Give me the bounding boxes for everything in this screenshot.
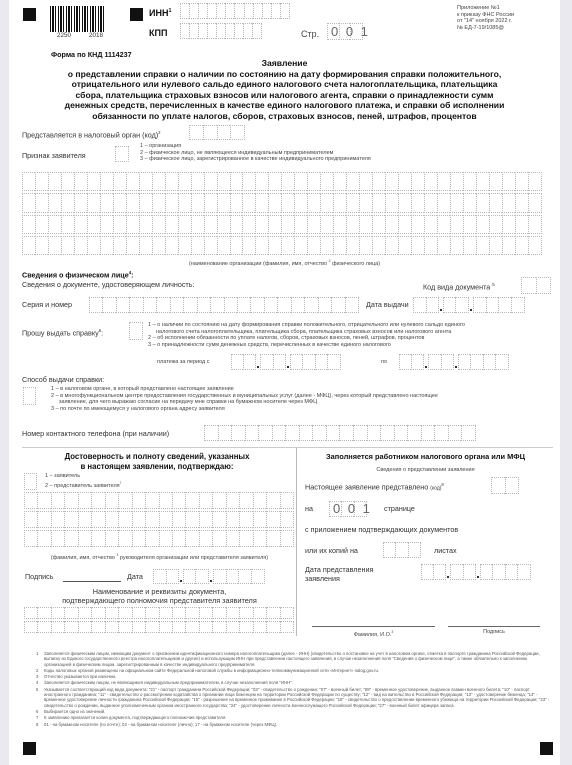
certificate-options: 1 – о наличии по состоянию на дату форми… bbox=[148, 322, 465, 348]
applicant-type-options: 1 – организация 2 – физическое лицо, не … bbox=[140, 143, 371, 163]
issue-date-label: Дата выдачи bbox=[366, 301, 409, 310]
applicant-name-grid[interactable] bbox=[22, 172, 542, 257]
signer-type-field[interactable] bbox=[24, 473, 37, 490]
signer-name-caption: (фамилия, имя, отчество 3 руководителя о… bbox=[22, 552, 297, 561]
barcode-number-right: 2018 bbox=[89, 32, 103, 39]
sheets-label: листах bbox=[434, 547, 457, 556]
corner-marker-top-mid bbox=[130, 8, 143, 21]
footnotes: 1Заполняется физическим лицом, имеющим д… bbox=[36, 651, 551, 728]
office-fio-line[interactable] bbox=[312, 626, 435, 627]
inn-label: ИНН1 bbox=[149, 8, 171, 18]
applicant-name-caption: (наименование организации (фамилия, имя,… bbox=[9, 258, 560, 267]
copies-field[interactable] bbox=[383, 542, 421, 558]
inn-field[interactable] bbox=[180, 3, 290, 19]
corner-marker-bottom-right bbox=[540, 742, 553, 755]
corner-marker-bottom-left bbox=[23, 742, 36, 755]
id-document-label: Сведения о документе, удостоверяющем лич… bbox=[22, 281, 194, 290]
period-to-field[interactable] bbox=[399, 354, 534, 370]
applicant-type-field[interactable] bbox=[115, 146, 129, 162]
footnote: 3Отчество указывается при наличии. bbox=[36, 674, 551, 679]
footnote: 1Заполняется физическим лицом, имеющим д… bbox=[36, 651, 551, 667]
office-signature-line[interactable] bbox=[448, 626, 540, 627]
delivery-label: Способ выдачи справки: bbox=[22, 376, 104, 385]
document-code-field[interactable] bbox=[521, 277, 551, 294]
copies-label: или их копий на bbox=[305, 547, 358, 556]
delivery-method-field[interactable] bbox=[23, 387, 36, 405]
title-heading: Заявление bbox=[9, 58, 560, 68]
page-number-value: 0 0 1 bbox=[331, 24, 370, 39]
kpp-label: КПП bbox=[149, 28, 167, 38]
barcode-number-left: 2250 bbox=[57, 32, 71, 39]
office-heading: Заполняется работником налогового органа… bbox=[298, 452, 553, 461]
pages-label: странице bbox=[384, 505, 415, 514]
certificate-type-field[interactable] bbox=[129, 322, 143, 340]
authority-doc-heading: Наименование и реквизиты документа, подт… bbox=[22, 587, 297, 605]
delivery-options: 1 – в налоговом органе, в который предст… bbox=[51, 386, 438, 412]
attachments-label: с приложением подтверждающих документов bbox=[305, 526, 458, 535]
office-signature-label: Подпись bbox=[448, 629, 540, 636]
footnote: 801 - на бумажном носителе (по почте); 0… bbox=[36, 722, 551, 727]
series-number-label: Серия и номер bbox=[22, 301, 72, 310]
document-code-label: Код вида документа 5 bbox=[423, 281, 495, 292]
barcode bbox=[50, 6, 106, 32]
office-subheading: Сведения о представлении заявления bbox=[298, 467, 553, 474]
page-label: Стр. bbox=[301, 29, 319, 39]
footnote: 4Заполняется физическим лицом, не являющ… bbox=[36, 680, 551, 685]
phone-label: Номер контактного телефона (при наличии) bbox=[22, 430, 169, 439]
person-heading: Сведения о физическом лице4: bbox=[22, 269, 134, 280]
signature-line[interactable] bbox=[63, 581, 121, 582]
footnote: 2Коды налоговых органов размещены на офи… bbox=[36, 668, 551, 673]
footnote: 6Выбирается одно из значений. bbox=[36, 709, 551, 714]
confirm-date-field[interactable] bbox=[153, 569, 291, 584]
phone-field[interactable] bbox=[204, 425, 476, 441]
tax-authority-code-field[interactable] bbox=[189, 125, 245, 140]
pages-value: 0 0 1 bbox=[333, 501, 372, 516]
period-from-field[interactable] bbox=[231, 354, 366, 370]
certificate-label: Прошу выдать справку6: bbox=[22, 327, 103, 338]
series-number-field[interactable] bbox=[89, 297, 359, 313]
signature-label: Подпись bbox=[25, 573, 53, 582]
corner-marker-top-left bbox=[23, 8, 36, 21]
footnote: 5Указывается соответствующий код вида до… bbox=[36, 687, 551, 708]
form-page: 2250 2018 ИНН1 КПП Стр. 0 0 1 Приложение… bbox=[9, 0, 560, 765]
section-divider bbox=[22, 447, 553, 448]
kpp-field[interactable] bbox=[180, 23, 262, 39]
confirm-heading: Достоверность и полноту сведений, указан… bbox=[22, 452, 292, 471]
applicant-type-label: Признак заявителя bbox=[22, 152, 86, 161]
submission-method-field[interactable] bbox=[491, 477, 519, 494]
submission-date-label: Дата представления заявления bbox=[305, 566, 373, 583]
office-fio-label: Фамилия, И.О.3 bbox=[312, 629, 435, 638]
on-label: на bbox=[305, 505, 313, 514]
confirm-date-label: Дата bbox=[127, 573, 143, 582]
signer-type-options: 1 – заявитель 2 – представитель заявител… bbox=[45, 473, 121, 489]
tax-authority-label: Представляется в налоговый орган (код)2 bbox=[22, 129, 161, 140]
issue-date-field[interactable] bbox=[413, 297, 551, 313]
signer-name-grid[interactable] bbox=[24, 492, 294, 549]
submission-date-field[interactable] bbox=[421, 564, 556, 580]
footnote: 7К заявлению прилагается копия документа… bbox=[36, 715, 551, 720]
column-divider bbox=[296, 448, 297, 636]
title-text: о представлении справки о наличии по сос… bbox=[17, 69, 552, 121]
period-from-label: платежа за период с bbox=[157, 359, 210, 366]
authority-doc-grid[interactable] bbox=[24, 607, 294, 635]
period-to-label: по bbox=[381, 359, 387, 366]
appendix-note: Приложение №1 к приказу ФНС России от "1… bbox=[457, 5, 514, 31]
submitted-label: Настоящее заявление представлено (код)8 bbox=[305, 481, 444, 493]
